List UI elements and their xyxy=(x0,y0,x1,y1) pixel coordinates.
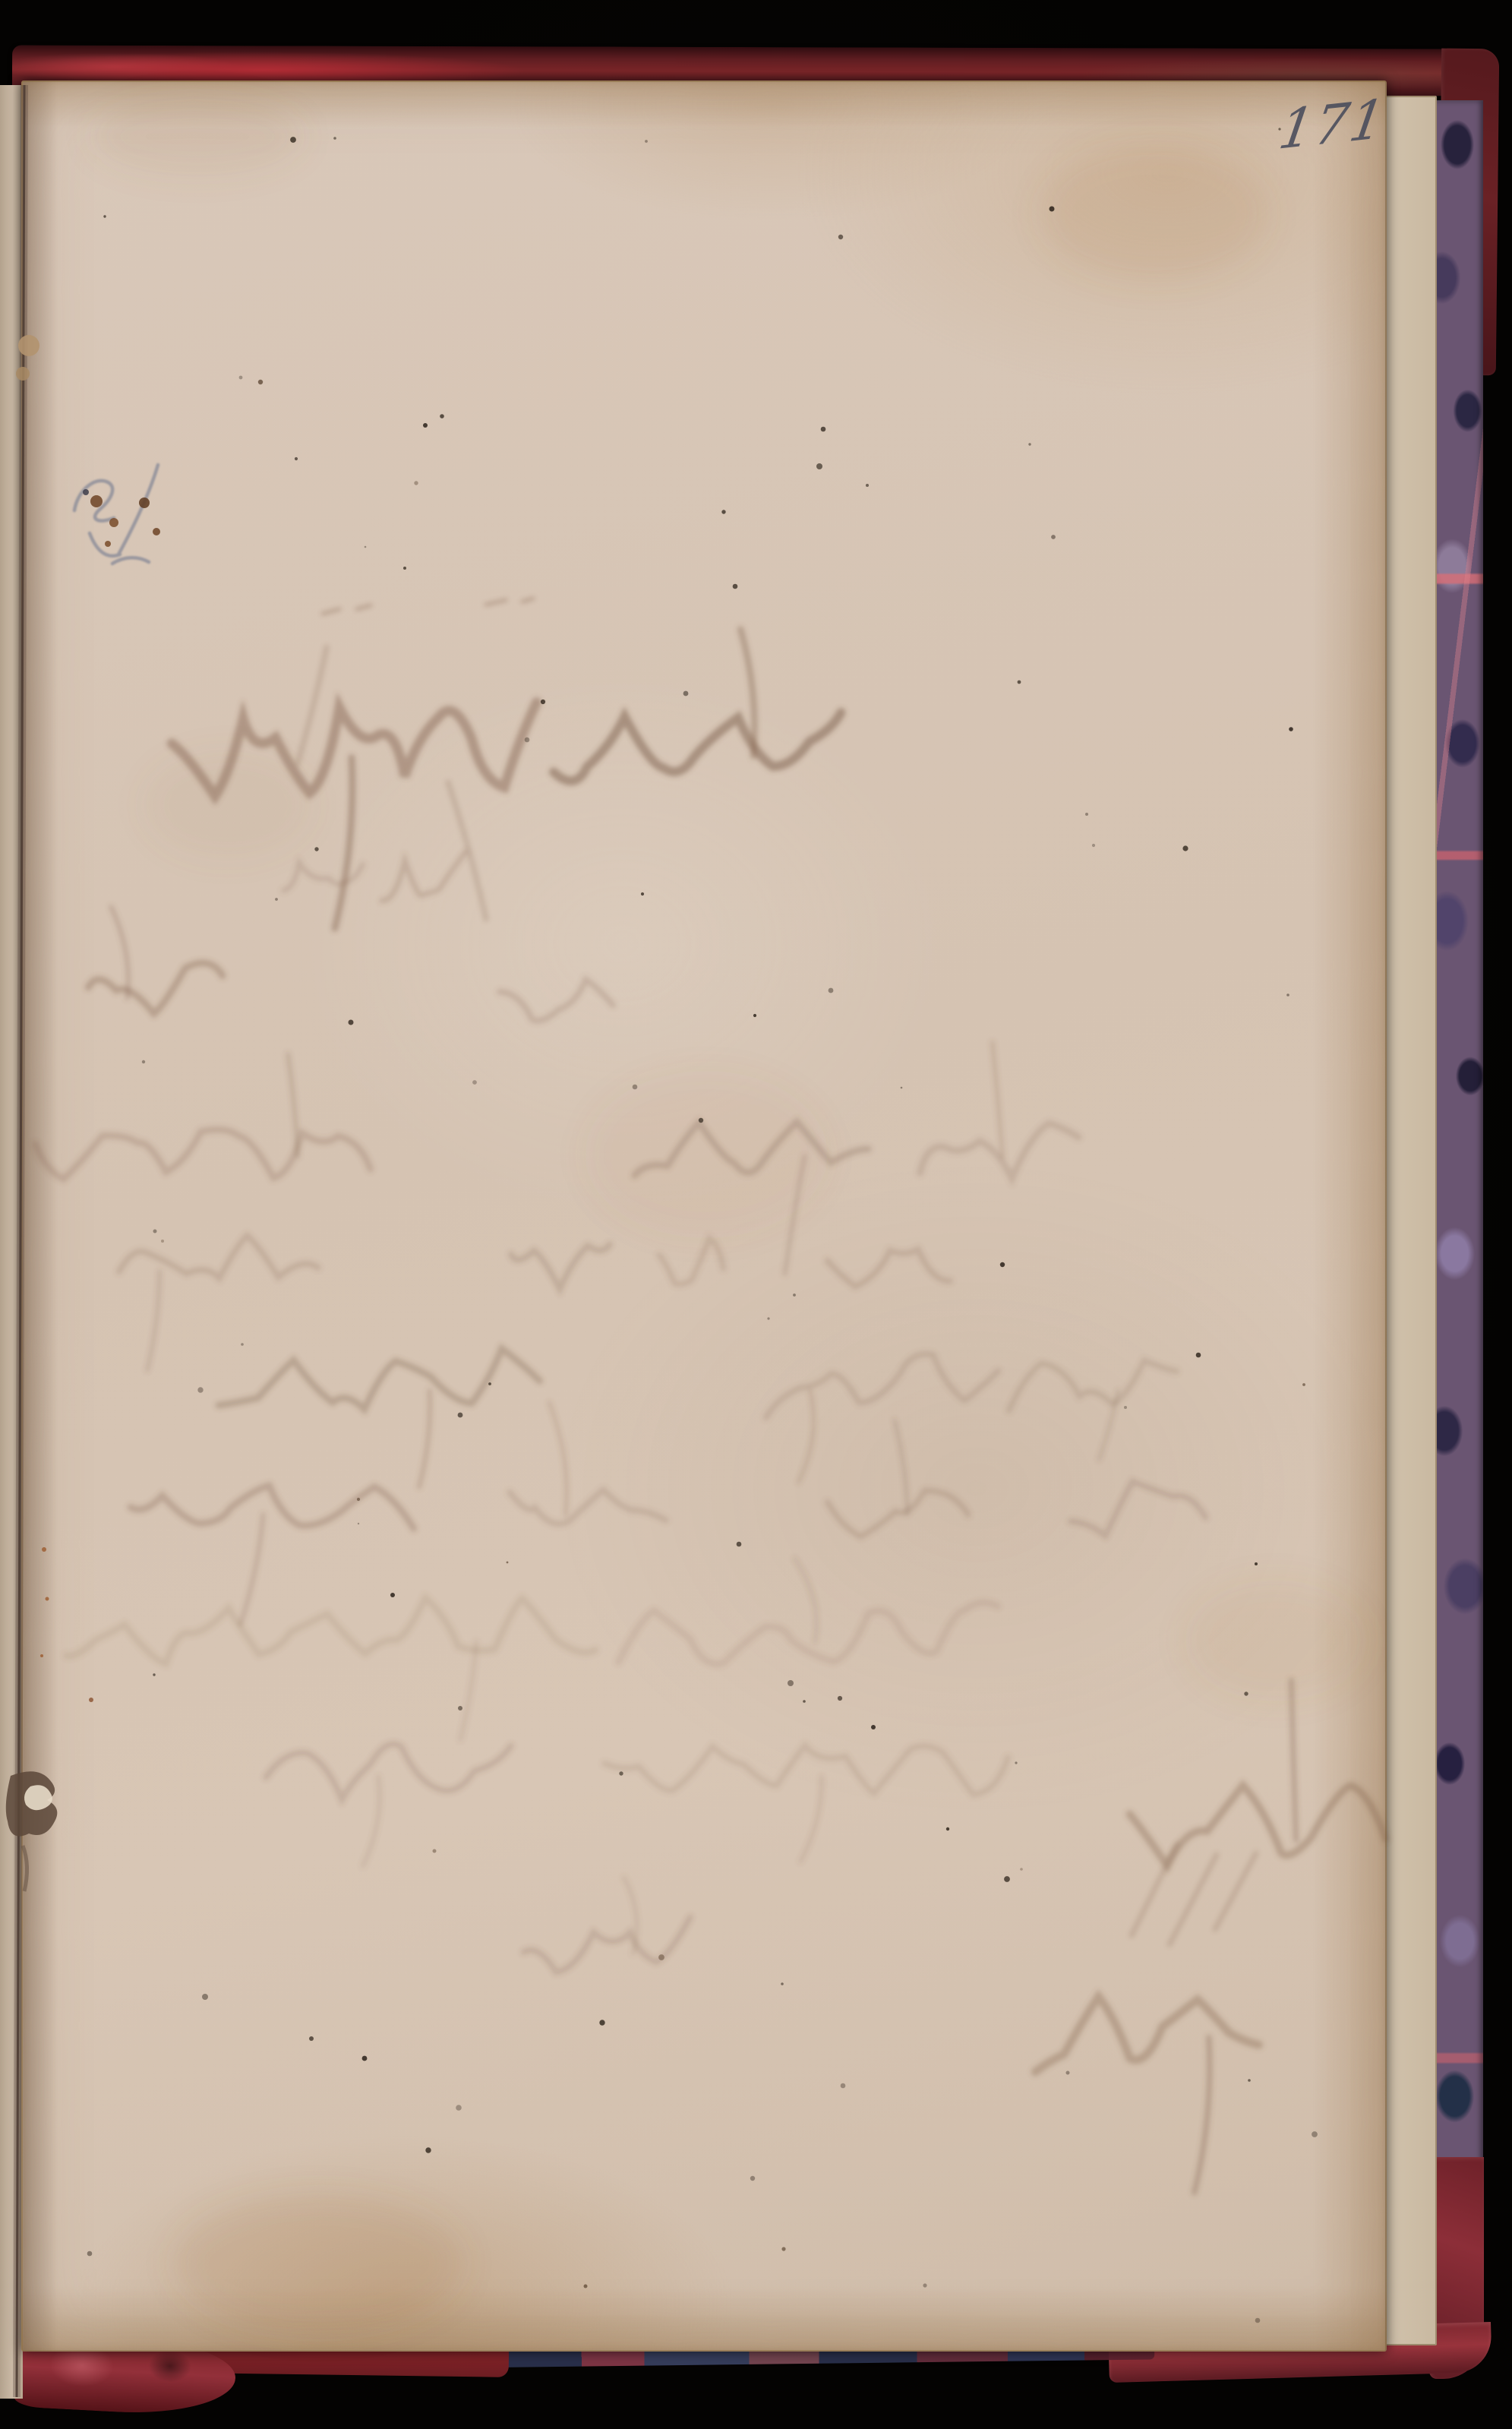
marbled-endpaper-edge xyxy=(1431,100,1483,2318)
blank-notebook-page xyxy=(21,81,1387,2352)
page-number: 171 xyxy=(1272,80,1391,176)
previous-leaf-edge xyxy=(0,85,23,2399)
underlying-page-edge xyxy=(1379,96,1437,2345)
book-photograph: 171 xyxy=(0,0,1512,2429)
